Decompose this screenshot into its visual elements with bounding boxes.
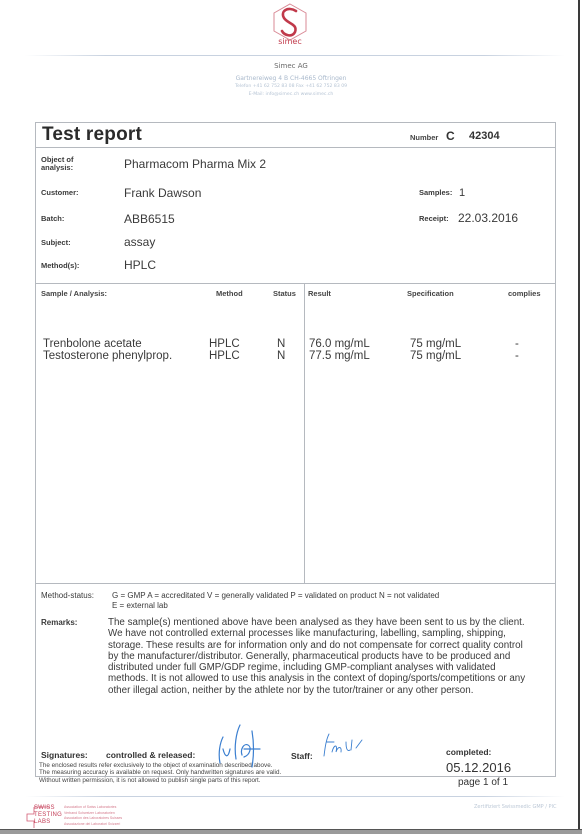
completed-label: completed: [446, 747, 491, 757]
viewer-bottom-strip [0, 829, 582, 834]
title-divider [36, 147, 555, 148]
stl-word: SWISS [34, 805, 62, 812]
batch-value: ABB6515 [124, 212, 175, 226]
remarks-line: The sample(s) mentioned above have been … [108, 617, 554, 628]
methods-label: Method(s): [41, 262, 79, 270]
fine-print-line: Without written permission, it is not al… [39, 777, 281, 784]
footer-rule [25, 796, 565, 797]
fine-print-line: The measuring accuracy is available on r… [39, 769, 281, 776]
customer-value: Frank Dawson [124, 186, 201, 200]
customer-label: Customer: [41, 189, 79, 197]
samples-label: Samples: [419, 189, 452, 197]
col-complies-header: complies [508, 289, 541, 298]
stl-word: TESTING [34, 812, 62, 819]
remarks-label: Remarks: [41, 618, 77, 627]
method-status-line: G = GMP A = accreditated V = generally v… [112, 591, 552, 601]
remarks-line: methods. It is not allowed to use this a… [108, 673, 554, 684]
samples-value: 1 [459, 187, 465, 199]
company-email-web: E-Mail: info@simec.ch www.simec.ch [0, 92, 582, 97]
subject-label: Subject: [41, 239, 71, 247]
object-label: Object of analysis: [41, 156, 85, 172]
company-address: Gartnereiweg 4 B CH-4665 Oftringen [0, 75, 582, 82]
method-status-line: E = external lab [112, 601, 552, 611]
table-bottom-divider [36, 583, 555, 584]
staff-label: Staff: [291, 751, 313, 761]
staff-signature-icon [320, 732, 370, 758]
row-complies: - [515, 350, 519, 362]
completed-date: 05.12.2016 [446, 760, 511, 775]
page-indicator: page 1 of 1 [458, 777, 508, 788]
remarks-line: storage. These results are for informati… [108, 640, 554, 651]
result-column-divider [304, 283, 305, 583]
stl-word: LABS [34, 819, 62, 826]
remarks-line: by the manufacturer/distributor. General… [108, 651, 554, 662]
row-method: HPLC [209, 350, 240, 362]
methods-value: HPLC [124, 258, 156, 272]
row-sample: Trenbolone acetate [43, 338, 142, 350]
remarks-text: The sample(s) mentioned above have been … [108, 617, 554, 696]
col-specification-header: Specification [407, 289, 454, 298]
remarks-line: distributed under full GMP/GDP regime, i… [108, 662, 554, 673]
object-value: Pharmacom Pharma Mix 2 [124, 157, 266, 171]
controlled-released-label: controlled & released: [106, 750, 195, 760]
association-line: Associazione dei Laboratori Svizzeri [64, 822, 122, 828]
row-specification: 75 mg/mL [410, 338, 461, 350]
batch-label: Batch: [41, 215, 64, 223]
method-status-label: Method-status: [41, 591, 94, 600]
remarks-line: We have not controlled external processe… [108, 628, 554, 639]
letterhead-rule [25, 55, 565, 56]
number-label: Number [410, 133, 438, 142]
row-status: N [277, 350, 285, 362]
association-text: Association of Swiss Laboratories Verban… [64, 805, 122, 827]
association-line: Association des Laboratoires Suisses [64, 816, 122, 822]
report-title: Test report [42, 124, 142, 146]
fine-print-line: The enclosed results refer exclusively t… [39, 762, 281, 769]
row-sample: Testosterone phenylprop. [43, 350, 172, 362]
row-complies: - [515, 338, 519, 350]
row-specification: 75 mg/mL [410, 350, 461, 362]
company-phone-fax: Telefon +41 62 752 83 08 Fax +41 62 752 … [0, 84, 582, 89]
row-result: 76.0 mg/mL [309, 338, 370, 350]
col-status-header: Status [273, 289, 296, 298]
company-name: Simec AG [0, 62, 582, 70]
col-sample-header: Sample / Analysis: [41, 289, 107, 298]
info-divider [36, 283, 555, 284]
logo-wordmark: simec [270, 37, 310, 46]
col-result-header: Result [308, 289, 331, 298]
method-status-legend: G = GMP A = accreditated V = generally v… [112, 591, 552, 610]
test-report-box: Test report Number C 42304 Object of ana… [35, 122, 556, 777]
col-method-header: Method [216, 289, 243, 298]
swiss-testing-labs-logo: SWISS TESTING LABS [34, 805, 62, 826]
signatures-label: Signatures: [41, 750, 88, 760]
certification-note: Zertifiziert Swissmedic GMP / PIC [474, 804, 557, 810]
number-prefix: C [446, 129, 455, 143]
association-line: Association of Swiss Laboratories [64, 805, 122, 811]
receipt-label: Receipt: [419, 215, 449, 223]
receipt-value: 22.03.2016 [458, 211, 518, 225]
row-result: 77.5 mg/mL [309, 350, 370, 362]
row-method: HPLC [209, 338, 240, 350]
row-status: N [277, 338, 285, 350]
report-number: 42304 [469, 130, 500, 142]
fine-print: The enclosed results refer exclusively t… [39, 762, 281, 784]
subject-value: assay [124, 235, 155, 249]
remarks-line: other illegal action, neither by the ath… [108, 685, 554, 696]
